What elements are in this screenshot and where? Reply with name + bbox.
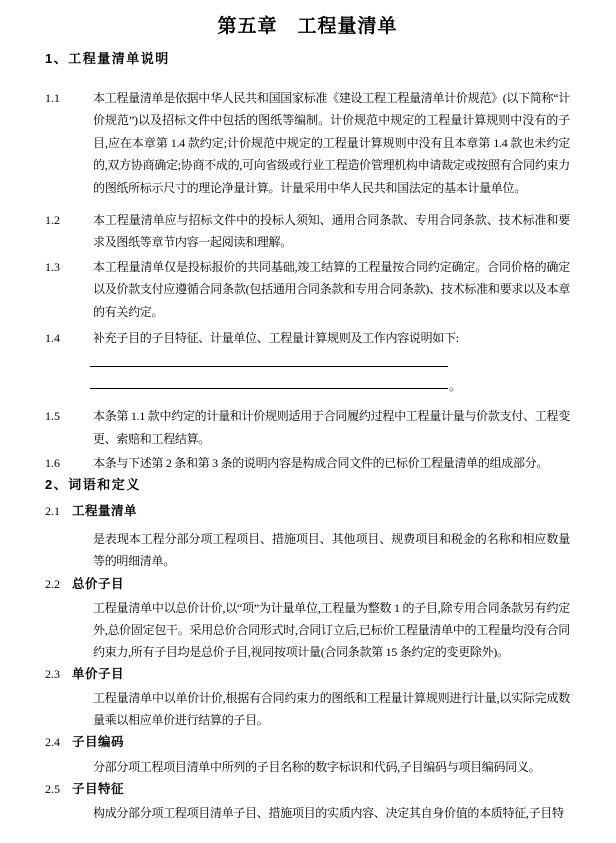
clause-1-5: 1.5 本条第 1.1 款中约定的计量和计价规则适用于合同履约过程中工程量计量与… xyxy=(45,405,570,450)
clause-1-4: 1.4 补充子目的子目特征、计量单位、工程量计算规则及工作内容说明如下: xyxy=(45,327,570,349)
definition-head-2-2: 2.2 总价子目 xyxy=(45,574,570,594)
clause-number: 1.2 xyxy=(45,209,93,231)
definition-head-2-5: 2.5 子目特征 xyxy=(45,779,570,799)
definition-text-2-5: 构成分部分项工程项目清单子目、措施项目的实质内容、决定其自身价值的本质特征,子目… xyxy=(93,802,570,824)
section-heading-quantity-list-notes: 1、工程量清单说明 xyxy=(45,49,570,69)
page-title: 第五章 工程量清单 xyxy=(45,14,570,40)
clause-text: 本条第 1.1 款中约定的计量和计价规则适用于合同履约过程中工程量计量与价款支付… xyxy=(93,405,570,450)
clause-number: 1.1 xyxy=(45,87,93,109)
definition-text-2-1: 是表现本工程分部分项工程项目、措施项目、其他项目、规费项目和税金的名称和相应数量… xyxy=(93,528,570,573)
fill-in-trailing-period: 。 xyxy=(449,377,461,394)
clause-number: 1.5 xyxy=(45,405,93,427)
definition-term: 总价子目 xyxy=(72,574,124,594)
clause-number: 1.4 xyxy=(45,327,93,349)
definition-text-2-2: 工程量清单中以总价计价,以“项”为计量单位,工程量为整数 1 的子目,除专用合同… xyxy=(93,597,570,664)
clause-text: 本条与下述第 2 条和第 3 条的说明内容是构成合同文件的已标价工程量清单的组成… xyxy=(93,452,570,474)
definition-text-2-4: 分部分项工程项目清单中所列的子目名称的数字标识和代码,子目编码与项目编码同义。 xyxy=(93,756,570,778)
clause-text: 补充子目的子目特征、计量单位、工程量计算规则及工作内容说明如下: xyxy=(93,327,570,349)
definition-head-2-3: 2.3 单价子目 xyxy=(45,664,570,684)
fill-in-blank-area: 。 xyxy=(90,349,452,389)
clause-text: 本工程量清单是依据中华人民共和国国家标准《建设工程工程量清单计价规范》(以下简称… xyxy=(93,87,570,199)
definition-number: 2.5 xyxy=(45,779,72,799)
definition-text-2-3: 工程量清单中以单价计价,根据有合同约束力的图纸和工程量计算规则进行计量,以实际完… xyxy=(93,687,570,732)
clause-1-6: 1.6 本条与下述第 2 条和第 3 条的说明内容是构成合同文件的已标价工程量清… xyxy=(45,452,570,474)
definition-term: 单价子目 xyxy=(72,664,124,684)
section-heading-terms-definitions: 2、词语和定义 xyxy=(45,475,570,495)
clause-1-1: 1.1 本工程量清单是依据中华人民共和国国家标准《建设工程工程量清单计价规范》(… xyxy=(45,87,570,199)
clause-number: 1.3 xyxy=(45,256,93,278)
clause-text: 本工程量清单仅是投标报价的共同基础,竣工结算的工程量按合同约定确定。合同价格的确… xyxy=(93,256,570,323)
definition-head-2-1: 2.1 工程量清单 xyxy=(45,501,570,521)
definition-term: 子目编码 xyxy=(72,732,124,752)
definition-head-2-4: 2.4 子目编码 xyxy=(45,732,570,752)
clause-number: 1.6 xyxy=(45,452,93,474)
fill-in-blank-line xyxy=(90,349,448,367)
definition-number: 2.4 xyxy=(45,732,72,752)
fill-in-blank-line: 。 xyxy=(90,367,448,389)
clause-1-3: 1.3 本工程量清单仅是投标报价的共同基础,竣工结算的工程量按合同约定确定。合同… xyxy=(45,256,570,323)
definition-term: 子目特征 xyxy=(72,779,124,799)
definition-term: 工程量清单 xyxy=(72,501,137,521)
definition-number: 2.1 xyxy=(45,501,72,521)
definition-number: 2.3 xyxy=(45,664,72,684)
clause-text: 本工程量清单应与招标文件中的投标人须知、通用合同条款、专用合同条款、技术标准和要… xyxy=(93,209,570,254)
definition-number: 2.2 xyxy=(45,574,72,594)
clause-1-2: 1.2 本工程量清单应与招标文件中的投标人须知、通用合同条款、专用合同条款、技术… xyxy=(45,209,570,254)
document-page: 第五章 工程量清单 1、工程量清单说明 1.1 本工程量清单是依据中华人民共和国… xyxy=(0,0,616,843)
